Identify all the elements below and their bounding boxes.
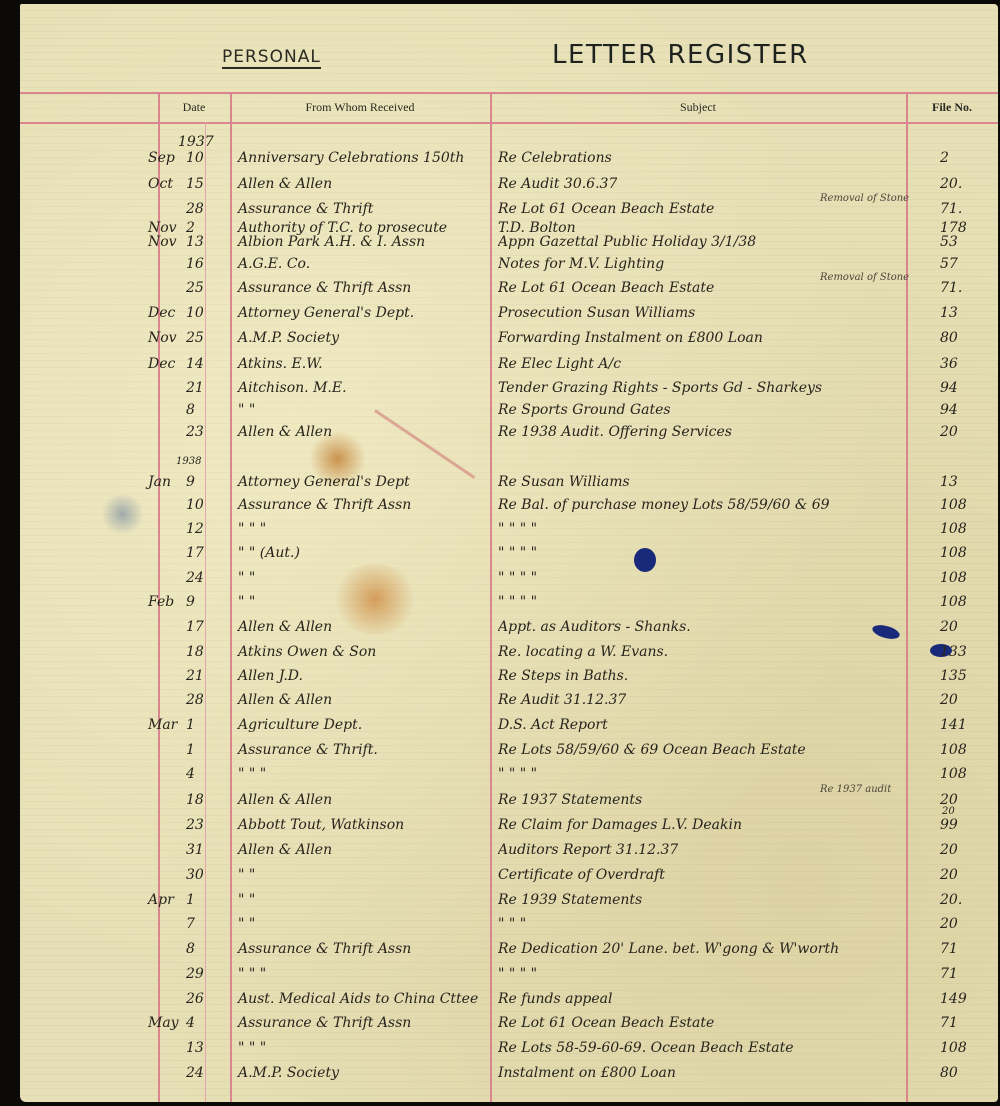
entry-day: 23 — [186, 817, 204, 833]
year-marker: 1937 — [178, 134, 214, 150]
entry-file-no: 80 — [940, 1065, 958, 1081]
entry-subject: Re Audit 31.12.37 — [498, 692, 626, 708]
entry-subject: Re 1939 Statements — [498, 892, 642, 908]
entry-day: 4 — [186, 766, 195, 782]
entry-day: 29 — [186, 966, 204, 982]
entry-from: Attorney General's Dept — [238, 474, 410, 490]
entry-file-no: 133 — [940, 644, 967, 660]
entry-day: 15 — [186, 176, 204, 192]
entry-from: " " — [238, 916, 255, 932]
entry-file-no: 13 — [940, 305, 958, 321]
entry-subject: Re Elec Light A/c — [498, 356, 621, 372]
stain — [330, 564, 420, 634]
entry-file-no: 94 — [940, 380, 958, 396]
date-from-rule — [230, 92, 232, 1102]
entry-file-no: 71. — [940, 201, 962, 217]
entry-subject: Re. locating a W. Evans. — [498, 644, 668, 660]
entry-month: Mar — [148, 717, 177, 733]
entry-from: " " — [238, 402, 255, 418]
entry-day: 14 — [186, 356, 204, 372]
letter-register-page: PERSONAL LETTER REGISTER Date From Whom … — [20, 4, 998, 1102]
entry-file-no: 71 — [940, 966, 958, 982]
entry-month: Oct — [148, 176, 173, 192]
entry-from: Allen & Allen — [238, 424, 332, 440]
ink-blot — [634, 548, 656, 572]
entry-file-no: 108 — [940, 766, 967, 782]
entry-day: 17 — [186, 545, 204, 561]
entry-subject: Certificate of Overdraft — [498, 867, 665, 883]
header-top-rule — [20, 92, 998, 94]
entry-from: Assurance & Thrift — [238, 201, 373, 217]
entry-month: Apr — [148, 892, 174, 908]
entry-from: Assurance & Thrift Assn — [238, 941, 411, 957]
entry-file-no: 20 — [940, 916, 958, 932]
entry-day: 30 — [186, 867, 204, 883]
entry-subject: Re Claim for Damages L.V. Deakin — [498, 817, 742, 833]
entry-file-no: 20 — [940, 867, 958, 883]
entry-file-no: 108 — [940, 594, 967, 610]
entry-subject: " " " " — [498, 966, 537, 982]
entry-day: 12 — [186, 521, 204, 537]
entry-subject: Re Bal. of purchase money Lots 58/59/60 … — [498, 497, 830, 513]
entry-day: 10 — [186, 305, 204, 321]
entry-day: 25 — [186, 280, 204, 296]
entry-file-no: 108 — [940, 545, 967, 561]
page-title: LETTER REGISTER — [552, 40, 809, 70]
entry-file-no: 94 — [940, 402, 958, 418]
from-subject-rule — [490, 92, 492, 1102]
entry-subject: " " " " — [498, 545, 537, 561]
column-header-subject: Subject — [490, 100, 906, 115]
day-rule — [205, 122, 206, 1102]
entry-month: May — [148, 1015, 179, 1031]
entry-file-no: 20 — [940, 619, 958, 635]
entry-day: 4 — [186, 1015, 195, 1031]
entry-file-no: 36 — [940, 356, 958, 372]
entry-day: 21 — [186, 668, 204, 684]
column-header-file-no: File No. — [906, 100, 998, 115]
entry-day: 28 — [186, 692, 204, 708]
entry-subject: Re funds appeal — [498, 991, 612, 1007]
entry-day: 26 — [186, 991, 204, 1007]
entry-from: Anniversary Celebrations 150th — [238, 150, 464, 166]
entry-day: 18 — [186, 644, 204, 660]
entry-from: " " " — [238, 1040, 266, 1056]
entry-from: Albion Park A.H. & I. Assn — [238, 234, 425, 250]
entry-day: 31 — [186, 842, 204, 858]
entry-day: 24 — [186, 1065, 204, 1081]
column-header-from: From Whom Received — [230, 100, 490, 115]
entry-from: Allen & Allen — [238, 619, 332, 635]
entry-day: 7 — [186, 916, 195, 932]
entry-from: A.G.E. Co. — [238, 256, 310, 272]
entry-file-no: 57 — [940, 256, 958, 272]
entry-file-no: 13 — [940, 474, 958, 490]
entry-from: " " " — [238, 521, 266, 537]
entry-from: A.M.P. Society — [238, 330, 339, 346]
entry-subject: Re Audit 30.6.37 — [498, 176, 617, 192]
entry-from: " " — [238, 570, 255, 586]
entry-month: Nov — [148, 330, 177, 346]
entry-from: Agriculture Dept. — [238, 717, 362, 733]
entry-subject: Re Lot 61 Ocean Beach Estate — [498, 201, 714, 217]
entry-subject: Re Lots 58-59-60-69. Ocean Beach Estate — [498, 1040, 794, 1056]
pencil-mark — [374, 409, 475, 479]
entry-day: 18 — [186, 792, 204, 808]
entry-day: 8 — [186, 941, 195, 957]
header-bottom-rule — [20, 122, 998, 124]
entry-from: Aust. Medical Aids to China Cttee — [238, 991, 478, 1007]
entry-from: Allen & Allen — [238, 176, 332, 192]
entry-from: Allen & Allen — [238, 792, 332, 808]
personal-label: PERSONAL — [222, 48, 321, 69]
entry-from: Allen J.D. — [238, 668, 303, 684]
entry-day: 28 — [186, 201, 204, 217]
entry-subject: Re Lot 61 Ocean Beach Estate — [498, 280, 714, 296]
entry-subject: Auditors Report 31.12.37 — [498, 842, 678, 858]
entry-file-no: 20. — [940, 892, 962, 908]
entry-file-no: 20 — [940, 424, 958, 440]
entry-from: " " (Aut.) — [238, 545, 300, 561]
column-header-date: Date — [158, 100, 230, 115]
entry-subject: Re Lot 61 Ocean Beach Estate — [498, 1015, 714, 1031]
entry-file-no: 71 — [940, 1015, 958, 1031]
entry-subject: " " " " — [498, 521, 537, 537]
entry-subject: Forwarding Instalment on £800 Loan — [498, 330, 763, 346]
entry-day: 17 — [186, 619, 204, 635]
entry-day: 10 — [186, 497, 204, 513]
entry-from: Attorney General's Dept. — [238, 305, 414, 321]
entry-month: Jan — [148, 474, 171, 490]
entry-from: " " " — [238, 966, 266, 982]
entry-month: Dec — [148, 305, 175, 321]
entry-subject: Appn Gazettal Public Holiday 3/1/38 — [498, 234, 756, 250]
entry-subject: Re 1938 Audit. Offering Services — [498, 424, 732, 440]
entry-subject: Instalment on £800 Loan — [498, 1065, 676, 1081]
entry-day: 21 — [186, 380, 204, 396]
entry-from: Allen & Allen — [238, 842, 332, 858]
entry-subject-note: Removal of Stone — [820, 270, 909, 286]
entry-file-no: 108 — [940, 1040, 967, 1056]
entry-subject: " " " " — [498, 594, 537, 610]
entry-subject-note: Removal of Stone — [820, 191, 909, 207]
entry-from: " " " — [238, 766, 266, 782]
entry-from: Assurance & Thrift Assn — [238, 497, 411, 513]
entry-month: Sep — [148, 150, 175, 166]
entry-file-no: 20. — [940, 176, 962, 192]
entry-month: Nov — [148, 234, 177, 250]
entry-day: 1 — [186, 717, 195, 733]
entry-file-no: 108 — [940, 742, 967, 758]
entry-from: " " — [238, 892, 255, 908]
entry-file-no: 20 — [940, 842, 958, 858]
entry-subject: Re Dedication 20' Lane. bet. W'gong & W'… — [498, 941, 839, 957]
entry-subject: Re Lots 58/59/60 & 69 Ocean Beach Estate — [498, 742, 806, 758]
entry-from: Assurance & Thrift Assn — [238, 280, 411, 296]
entry-subject: Appt. as Auditors - Shanks. — [498, 619, 691, 635]
entry-from: Assurance & Thrift Assn — [238, 1015, 411, 1031]
entry-subject: Notes for M.V. Lighting — [498, 256, 664, 272]
entry-month: Feb — [148, 594, 174, 610]
entry-day: 23 — [186, 424, 204, 440]
entry-subject: Re Sports Ground Gates — [498, 402, 671, 418]
entry-subject: D.S. Act Report — [498, 717, 608, 733]
entry-file-no: 20 — [940, 692, 958, 708]
entry-day: 9 — [186, 594, 195, 610]
entry-subject: " " " — [498, 916, 526, 932]
entry-subject: Re Celebrations — [498, 150, 612, 166]
entry-file-no: 80 — [940, 330, 958, 346]
entry-month: Dec — [148, 356, 175, 372]
entry-file-no: 141 — [940, 717, 967, 733]
entry-day: 9 — [186, 474, 195, 490]
entry-file-no: 71. — [940, 280, 962, 296]
entry-day: 13 — [186, 1040, 204, 1056]
entry-subject: Re Susan Williams — [498, 474, 630, 490]
ink-smudge — [100, 494, 145, 534]
entry-day: 1 — [186, 892, 195, 908]
entry-subject-note: Re 1937 audit — [820, 782, 891, 798]
entry-from: Aitchison. M.E. — [238, 380, 347, 396]
entry-day: 25 — [186, 330, 204, 346]
entry-file-no: 108 — [940, 570, 967, 586]
entry-file-no: 108 — [940, 497, 967, 513]
entry-subject: Prosecution Susan Williams — [498, 305, 695, 321]
entry-from: " " — [238, 594, 255, 610]
ink-blot — [871, 623, 901, 642]
entry-day: 13 — [186, 234, 204, 250]
entry-from: Assurance & Thrift. — [238, 742, 378, 758]
entry-day: 1 — [186, 742, 195, 758]
year-marker: 1938 — [176, 454, 201, 470]
entry-file-no: 71 — [940, 941, 958, 957]
entry-subject: " " " " — [498, 766, 537, 782]
entry-day: 10 — [186, 150, 204, 166]
entry-subject: Re Steps in Baths. — [498, 668, 628, 684]
entry-day: 8 — [186, 402, 195, 418]
entry-subject: Re 1937 Statements — [498, 792, 642, 808]
entry-from: " " — [238, 867, 255, 883]
entry-subject: Tender Grazing Rights - Sports Gd - Shar… — [498, 380, 822, 396]
entry-day: 16 — [186, 256, 204, 272]
entry-file-no: 99 — [940, 817, 958, 833]
entry-from: Allen & Allen — [238, 692, 332, 708]
entry-file-no: 149 — [940, 991, 967, 1007]
entry-file-no: 2 — [940, 150, 949, 166]
subject-file-rule — [906, 92, 908, 1102]
entry-from: Abbott Tout, Watkinson — [238, 817, 404, 833]
entry-day: 24 — [186, 570, 204, 586]
entry-subject: " " " " — [498, 570, 537, 586]
entry-file-no: 108 — [940, 521, 967, 537]
entry-file-no: 53 — [940, 234, 958, 250]
entry-from: A.M.P. Society — [238, 1065, 339, 1081]
entry-file-no: 135 — [940, 668, 967, 684]
entry-from: Atkins. E.W. — [238, 356, 323, 372]
entry-from: Atkins Owen & Son — [238, 644, 376, 660]
